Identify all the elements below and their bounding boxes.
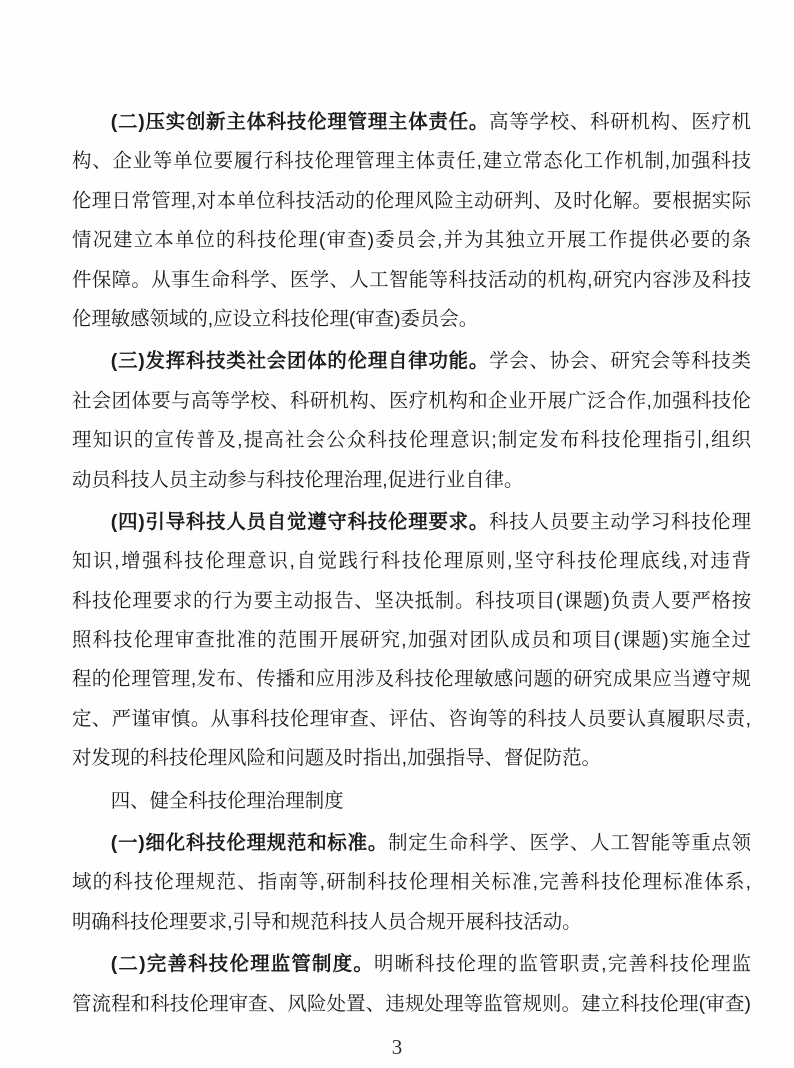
paragraph-lead-bold: (四)引导科技人员自觉遵守科技伦理要求。 <box>111 511 489 533</box>
text-line: 照科技伦理审查批准的范围开展研究,加强对团队成员和项目(课题)实施全过 <box>72 621 751 660</box>
paragraph-1-norms-standards: (一)细化科技伦理规范和标准。制定生命科学、医学、人工智能等重点领域的科技伦理规… <box>72 824 751 942</box>
text-line: 定、严谨审慎。从事科技伦理审查、评估、咨询等的科技人员要认真履职尽责, <box>72 700 751 739</box>
page-number: 3 <box>0 1034 794 1060</box>
text-line: 四、健全科技伦理治理制度 <box>72 782 751 821</box>
text-line: 对发现的科技伦理风险和问题及时指出,加强指导、督促防范。 <box>72 739 751 778</box>
text-line: 知识,增强科技伦理意识,自觉践行科技伦理原则,坚守科技伦理底线,对违背 <box>72 542 751 581</box>
paragraph-lead-bold: (二)压实创新主体科技伦理管理主体责任。 <box>111 111 489 133</box>
document-content: (二)压实创新主体科技伦理管理主体责任。高等学校、科研机构、医疗机构、企业等单位… <box>72 103 751 1027</box>
text-line: 伦理日常管理,对本单位科技活动的伦理风险主动研判、及时化解。要根据实际 <box>72 182 751 221</box>
text-line: 理知识的宣传普及,提高社会公众科技伦理意识;制定发布科技伦理指引,组织 <box>72 421 751 460</box>
text-line: (四)引导科技人员自觉遵守科技伦理要求。科技人员要主动学习科技伦理 <box>72 503 751 542</box>
text-line: 件保障。从事生命科学、医学、人工智能等科技活动的机构,研究内容涉及科技 <box>72 261 751 300</box>
text-line: 动员科技人员主动参与科技伦理治理,促进行业自律。 <box>72 461 751 500</box>
section-heading-4: 四、健全科技伦理治理制度 <box>72 782 751 821</box>
paragraph-text: 科技人员要主动学习科技伦理 <box>489 511 751 533</box>
paragraph-text: 学会、协会、研究会等科技类 <box>489 350 751 372</box>
text-line: 程的伦理管理,发布、传播和应用涉及科技伦理敏感问题的研究成果应当遵守规 <box>72 660 751 699</box>
paragraph-lead-bold: (一)细化科技伦理规范和标准。 <box>111 832 388 854</box>
paragraph-text: 高等学校、科研机构、医疗机 <box>489 111 751 133</box>
text-line: (一)细化科技伦理规范和标准。制定生命科学、医学、人工智能等重点领 <box>72 824 751 863</box>
text-line: 伦理敏感领域的,应设立科技伦理(审查)委员会。 <box>72 300 751 339</box>
text-line: 域的科技伦理规范、指南等,研制科技伦理相关标准,完善科技伦理标准体系, <box>72 863 751 902</box>
text-line: 构、企业等单位要履行科技伦理管理主体责任,建立常态化工作机制,加强科技 <box>72 142 751 181</box>
paragraph-lead-bold: (二)完善科技伦理监管制度。 <box>111 953 374 975</box>
text-line: 明确科技伦理要求,引导和规范科技人员合规开展科技活动。 <box>72 903 751 942</box>
text-line: (二)压实创新主体科技伦理管理主体责任。高等学校、科研机构、医疗机 <box>72 103 751 142</box>
paragraph-text: 明晰科技伦理的监管职责,完善科技伦理监 <box>374 953 751 975</box>
text-line: 管流程和科技伦理审查、风险处置、违规处理等监管规则。建立科技伦理(审查) <box>72 985 751 1024</box>
paragraph-4-personnel-compliance: (四)引导科技人员自觉遵守科技伦理要求。科技人员要主动学习科技伦理知识,增强科技… <box>72 503 751 779</box>
paragraph-2-entity-responsibility: (二)压实创新主体科技伦理管理主体责任。高等学校、科研机构、医疗机构、企业等单位… <box>72 103 751 339</box>
paragraph-3-social-organizations: (三)发挥科技类社会团体的伦理自律功能。学会、协会、研究会等科技类社会团体要与高… <box>72 342 751 500</box>
text-line: 科技伦理要求的行为要主动报告、坚决抵制。科技项目(课题)负责人要严格按 <box>72 582 751 621</box>
paragraph-2-supervision-system: (二)完善科技伦理监管制度。明晰科技伦理的监管职责,完善科技伦理监管流程和科技伦… <box>72 945 751 1024</box>
text-line: 情况建立本单位的科技伦理(审查)委员会,并为其独立开展工作提供必要的条 <box>72 221 751 260</box>
paragraph-text: 制定生命科学、医学、人工智能等重点领 <box>388 832 751 854</box>
document-page: (二)压实创新主体科技伦理管理主体责任。高等学校、科研机构、医疗机构、企业等单位… <box>0 0 794 1068</box>
paragraph-lead-bold: (三)发挥科技类社会团体的伦理自律功能。 <box>111 350 489 372</box>
text-line: (三)发挥科技类社会团体的伦理自律功能。学会、协会、研究会等科技类 <box>72 342 751 381</box>
text-line: (二)完善科技伦理监管制度。明晰科技伦理的监管职责,完善科技伦理监 <box>72 945 751 984</box>
text-line: 社会团体要与高等学校、科研机构、医疗机构和企业开展广泛合作,加强科技伦 <box>72 382 751 421</box>
